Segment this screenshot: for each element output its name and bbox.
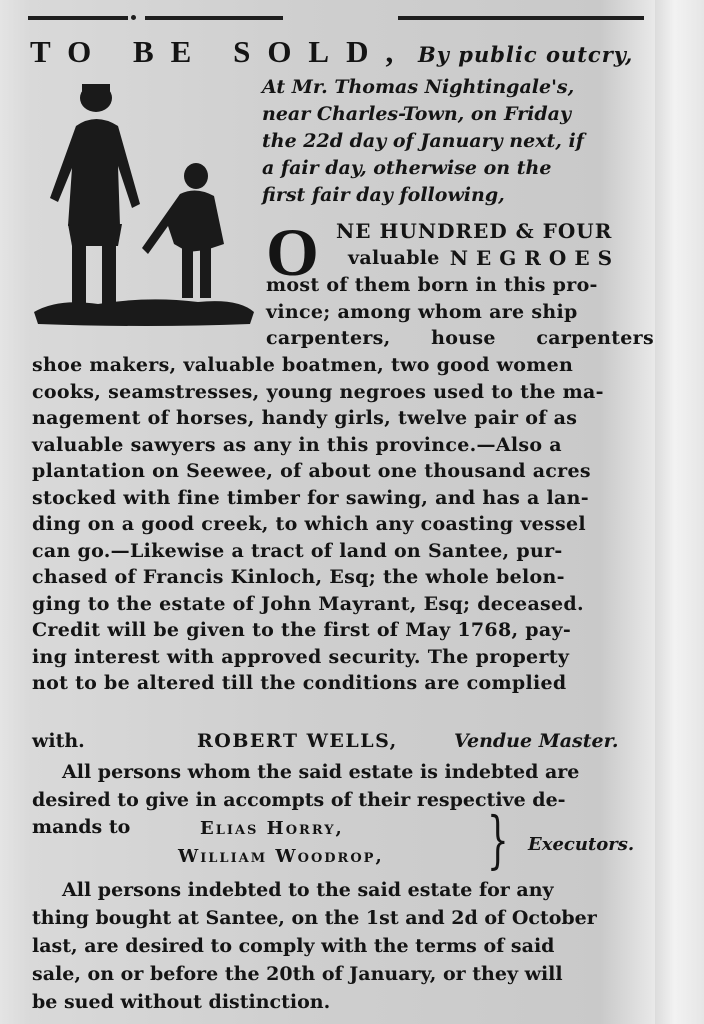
sale-details: At Mr. Thomas Nightingale's, near Charle… <box>262 74 652 209</box>
body-line: ging to the estate of John Mayrant, Esq;… <box>32 591 654 618</box>
signature-lead: with. <box>32 730 85 752</box>
intro-line: a fair day, otherwise on the <box>262 155 652 182</box>
notice-line: be sued without distinction. <box>32 988 654 1016</box>
body-line: Credit will be given to the first of May… <box>32 617 654 644</box>
notice-line: last, are desired to comply with the ter… <box>32 932 654 960</box>
body-line: carpenters, house carpenters <box>266 325 654 352</box>
brace-icon: } <box>487 810 509 870</box>
body-line: plantation on Seewee, of about one thous… <box>32 458 654 485</box>
notice-line: All persons indebted to the said estate … <box>32 876 654 904</box>
intro-line: the 22d day of January next, if <box>262 128 652 155</box>
body-line: nagement of horses, handy girls, twelve … <box>32 405 654 432</box>
column-rule <box>145 16 283 20</box>
body-line: valuable sawyers as any in this province… <box>32 432 654 459</box>
body-word: carpenters <box>536 325 654 352</box>
body-line: NE HUNDRED & FOUR <box>336 218 654 245</box>
body-caps: NEGROES <box>450 245 620 272</box>
signature-name: ROBERT WELLS, <box>197 730 398 752</box>
demands-to: mands to <box>32 816 130 838</box>
body-text-opening: NE HUNDRED & FOUR valuable NEGROES <box>336 218 654 271</box>
body-text-narrow: most of them born in this pro- vince; am… <box>266 272 654 352</box>
body-text-full: shoe makers, valuable boatmen, two good … <box>32 352 654 697</box>
newspaper-page: TO BE SOLD, By public outcry, At Mr. Tho… <box>0 0 704 1024</box>
executor-name: William Woodrop, <box>178 846 384 867</box>
body-line: can go.—Likewise a tract of land on Sant… <box>32 538 654 565</box>
body-word: house <box>431 325 496 352</box>
body-line: vince; among whom are ship <box>266 299 654 326</box>
executors-label: Executors. <box>528 834 634 855</box>
creditors-notice: All persons whom the said estate is inde… <box>32 758 654 814</box>
ad-heading-tail: By public outcry, <box>418 42 633 67</box>
woodcut-illustration-icon <box>28 76 258 336</box>
executor-name: Elias Horry, <box>200 818 344 839</box>
intro-line: near Charles-Town, on Friday <box>262 101 652 128</box>
column-rule-ornament <box>131 15 136 20</box>
body-line: valuable NEGROES <box>336 245 654 272</box>
body-line: most of them born in this pro- <box>266 272 654 299</box>
column-rule <box>398 16 644 20</box>
body-line: ding on a good creek, to which any coast… <box>32 511 654 538</box>
notice-line: All persons whom the said estate is inde… <box>32 758 654 786</box>
body-line: ing interest with approved security. The… <box>32 644 654 671</box>
body-line: shoe makers, valuable boatmen, two good … <box>32 352 654 379</box>
body-line: stocked with fine timber for sawing, and… <box>32 485 654 512</box>
signature-role: Vendue Master. <box>454 730 619 752</box>
column-rule <box>28 16 128 20</box>
body-word: carpenters, <box>266 325 391 352</box>
notice-line: desired to give in accompts of their res… <box>32 786 654 814</box>
debtors-notice: All persons indebted to the said estate … <box>32 876 654 1016</box>
ad-heading: TO BE SOLD, <box>30 34 410 70</box>
body-line: not to be altered till the conditions ar… <box>32 670 654 697</box>
paper-margin <box>655 0 704 1024</box>
body-line: chased of Francis Kinloch, Esq; the whol… <box>32 564 654 591</box>
body-line: cooks, seamstresses, young negroes used … <box>32 379 654 406</box>
body-word: valuable <box>348 245 440 272</box>
intro-line: At Mr. Thomas Nightingale's, <box>262 74 652 101</box>
intro-line: first fair day following, <box>262 182 652 209</box>
notice-line: sale, on or before the 20th of January, … <box>32 960 654 988</box>
notice-line: thing bought at Santee, on the 1st and 2… <box>32 904 654 932</box>
